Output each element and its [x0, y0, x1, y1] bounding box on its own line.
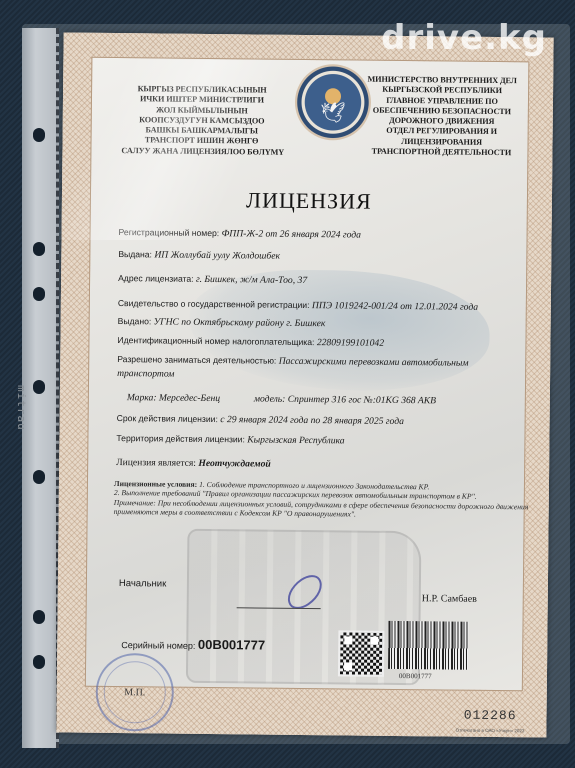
validity-row: Срок действия лицензии: с 29 января 2024…	[117, 413, 404, 427]
registration-number-value: ФПП-Ж-2 от 26 января 2024 года	[222, 228, 361, 240]
header-left-kyrgyz: КЫРГЫЗ РЕСПУБЛИКАСЫНЫН ИЧКИ ИШТЕР МИНИСТ…	[121, 84, 282, 157]
field-label: Идентификационный номер налогоплательщик…	[117, 335, 314, 347]
falcon-icon: 🕊	[320, 100, 346, 124]
vehicle-make: Марка: Мерседес-Бенц	[127, 392, 220, 404]
state-registration-value: ППЭ 1019242-001/24 от 12.01.2024 года	[312, 300, 478, 313]
barcode-number: 00B001777	[399, 672, 432, 680]
field-label: Лицензия является:	[116, 457, 196, 469]
punch-hole	[33, 128, 45, 142]
registration-number-row: Регистрационный номер: ФПП-Ж-2 от 26 янв…	[119, 227, 361, 241]
address-row: Адрес лицензиата: г. Бишкек, ж/м Ала-Тоо…	[118, 273, 307, 286]
activity-value-line2: транспортом	[117, 368, 174, 380]
field-label: Территория действия лицензии:	[116, 433, 245, 444]
punch-hole	[33, 470, 45, 484]
field-label: Серийный номер:	[121, 640, 195, 651]
conditions-note: Примечание: При несоблюдении лицензионны…	[114, 498, 529, 519]
qr-code[interactable]	[338, 630, 384, 676]
punch-hole	[33, 380, 45, 394]
field-label: Выдано:	[118, 316, 152, 326]
punch-hole	[33, 242, 45, 256]
punch-hole	[33, 655, 45, 669]
field-label: Регистрационный номер:	[119, 227, 220, 238]
state-registration-row: Свидетельство о государственной регистра…	[118, 298, 478, 313]
header-line: ТРАНСПОРТНОЙ ДЕЯТЕЛЬНОСТИ	[366, 146, 516, 158]
tax-id-row: Идентификационный номер налогоплательщик…	[117, 335, 384, 349]
serial-number-row: Серийный номер: 00B001777	[121, 636, 265, 653]
site-watermark: drive.kg	[381, 18, 547, 58]
field-label: Срок действия лицензии:	[117, 413, 218, 424]
barcode	[388, 621, 468, 670]
header-line: ИЧКИ ИШТЕР МИНИСТРЛИГИ	[122, 94, 282, 106]
activity-row: Разрешено заниматься деятельностью: Пасс…	[117, 354, 468, 369]
issued-by-row: Выдано: УГНС по Октябрьскому району г. Б…	[118, 316, 326, 329]
punch-hole	[33, 610, 45, 624]
activity-value: Пассажирскими перевозками автомобильным	[279, 356, 469, 369]
document-number: 012286	[464, 708, 517, 724]
field-label: Разрешено заниматься деятельностью:	[117, 354, 276, 366]
license-certificate: КЫРГЫЗ РЕСПУБЛИКАСЫНЫН ИЧКИ ИШТЕР МИНИСТ…	[56, 32, 553, 737]
address-value: г. Бишкек, ж/м Ала-Тоо, 37	[196, 274, 307, 286]
stamp-text: М.П.	[124, 687, 145, 698]
issued-by-value: УГНС по Октябрьскому району г. Бишкек	[154, 316, 326, 329]
transferability-row: Лицензия является: Неотчуждаемой	[116, 457, 271, 470]
transferability-value: Неотчуждаемой	[198, 458, 270, 470]
sleeve-brand-text: mitrau	[15, 385, 28, 431]
punch-hole	[33, 287, 45, 301]
tax-id-value: 22809199101042	[317, 337, 384, 349]
issued-to-row: Выдана: ИП Жоллубай уулу Жолдошбек	[118, 249, 280, 262]
signatory-name: Н.Р. Самбаев	[422, 593, 477, 605]
serial-number-value: 00B001777	[198, 637, 265, 653]
vehicle-model: модель: Спринтер 316 гос №:01KG 368 AKB	[254, 393, 436, 406]
field-label: Выдана:	[118, 249, 152, 259]
territory-value: Кыргызская Республика	[247, 434, 344, 446]
printer-imprint: Отпечатано в ОАО «Учкун» 2023	[456, 728, 525, 734]
signatory-position: Начальник	[119, 578, 166, 589]
license-conditions: Лицензионные условия: 1. Соблюдение тран…	[114, 479, 539, 521]
official-stamp: М.П.	[95, 653, 174, 732]
header-right-russian: МИНИСТЕРСТВО ВНУТРЕННИХ ДЕЛ КЫРГЫЗСКОЙ Р…	[366, 75, 517, 159]
kyrgyz-emblem-icon: 🕊	[295, 64, 372, 141]
conditions-label: Лицензионные условия:	[114, 479, 197, 489]
field-label: Свидетельство о государственной регистра…	[118, 298, 310, 310]
header-line: ОТДЕЛ РЕГУЛИРОВАНИЯ И	[367, 126, 517, 138]
certificate-body: КЫРГЫЗ РЕСПУБЛИКАСЫНЫН ИЧКИ ИШТЕР МИНИСТ…	[85, 57, 530, 692]
territory-row: Территория действия лицензии: Кыргызская…	[116, 433, 344, 446]
document-title: ЛИЦЕНЗИЯ	[91, 186, 527, 217]
issued-to-value: ИП Жоллубай уулу Жолдошбек	[154, 249, 280, 261]
header-line: САЛУУ ЖАНА ЛИЦЕНЗИЯЛОО БӨЛҮМҮ	[121, 146, 281, 158]
field-label: Адрес лицензиата:	[118, 273, 194, 284]
validity-value: с 29 января 2024 года по 28 января 2025 …	[220, 414, 404, 427]
map-background	[189, 269, 490, 392]
